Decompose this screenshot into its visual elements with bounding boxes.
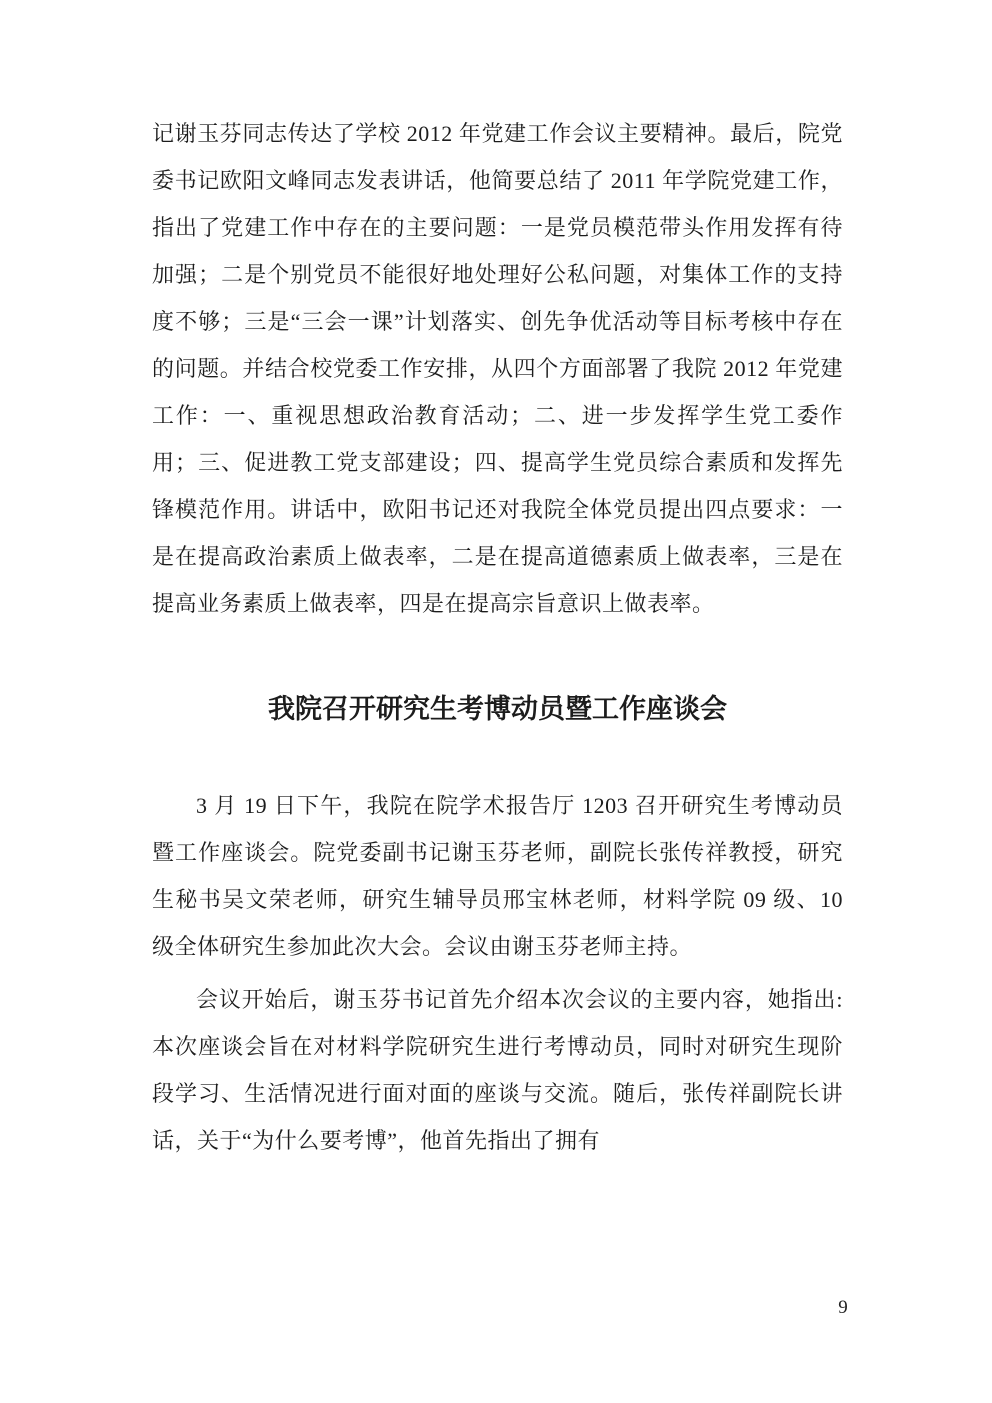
- text-column: 记谢玉芬同志传达了学校 2012 年党建工作会议主要精神。最后，院党委书记欧阳文…: [152, 110, 843, 1164]
- paragraph-meeting-overview: 3 月 19 日下午，我院在院学术报告厅 1203 召开研究生考博动员暨工作座谈…: [152, 782, 843, 970]
- paragraph-party-building-summary: 记谢玉芬同志传达了学校 2012 年党建工作会议主要精神。最后，院党委书记欧阳文…: [152, 110, 843, 627]
- paragraph-meeting-details: 会议开始后，谢玉芬书记首先介绍本次会议的主要内容，她指出:本次座谈会旨在对材料学…: [152, 976, 843, 1164]
- section-heading: 我院召开研究生考博动员暨工作座谈会: [152, 686, 843, 733]
- document-page: 记谢玉芬同志传达了学校 2012 年党建工作会议主要精神。最后，院党委书记欧阳文…: [0, 0, 992, 1403]
- page-number: 9: [828, 1296, 858, 1320]
